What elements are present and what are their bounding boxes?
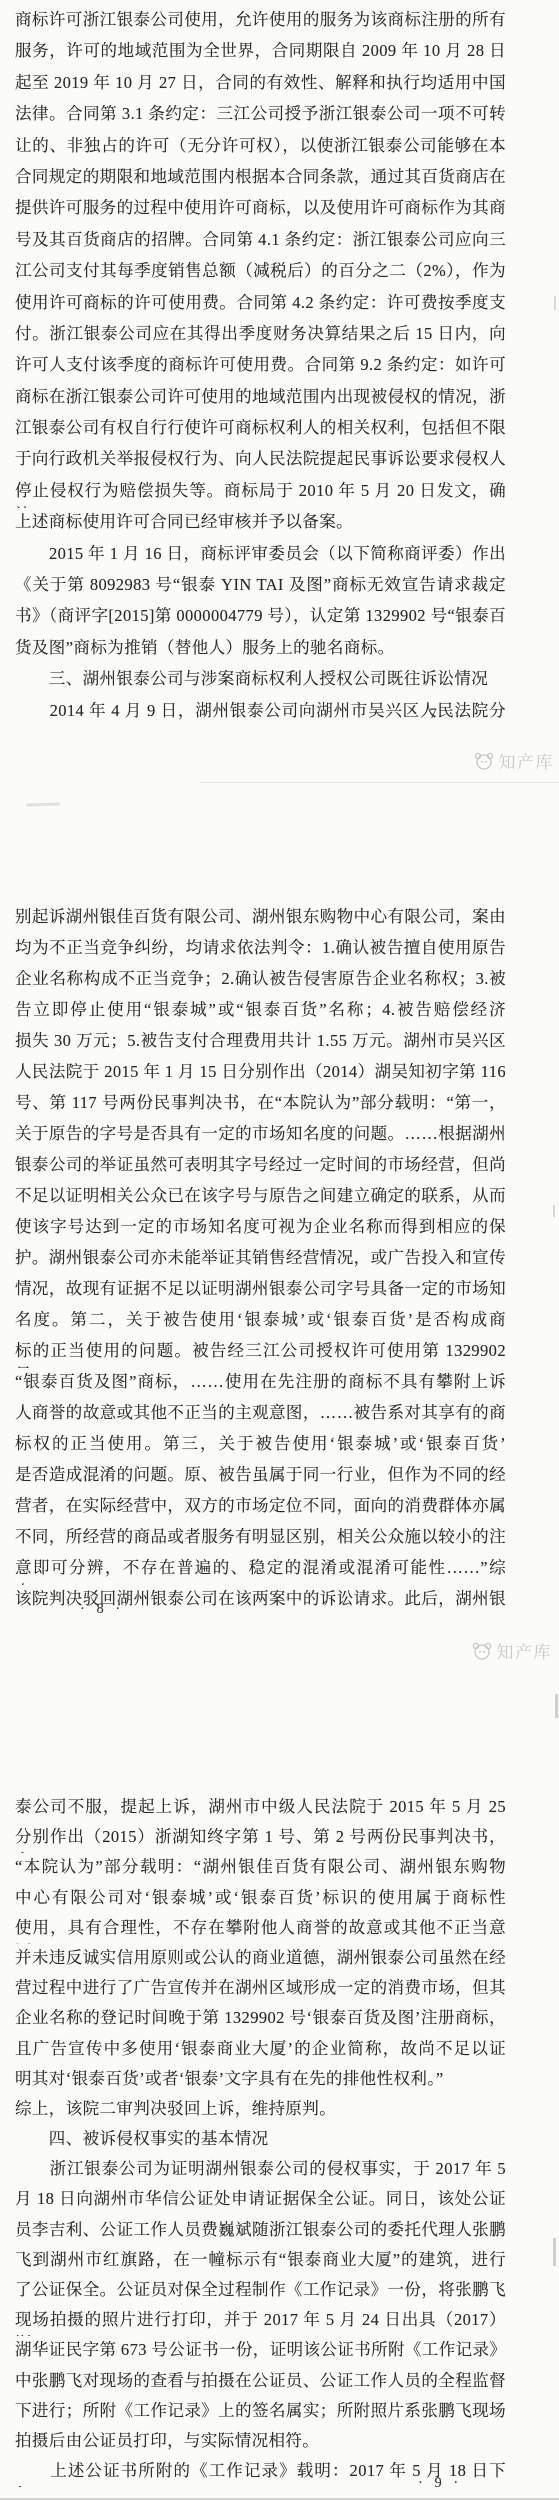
text-line: 江银泰公司有权自行行使许可商标权利人的相关权利，包括但不限 — [15, 414, 506, 445]
text-line: 综上，该院二审判决驳回上诉，维持原判。 — [15, 2095, 506, 2125]
text-line: 且广告宣传中多使用‘银泰商业大厦’的企业简称，故尚不足以证 — [15, 2035, 506, 2065]
text-line: 中张鹏飞对现场的查看与拍摄在公证员、公证工作人员的全程监督 — [15, 2367, 506, 2397]
text-line: 并未违反诚实信用原则或公认的商业道德，湖州银泰公司虽然在经 — [15, 1944, 506, 1974]
text-line: 使用，具有合理性，不存在攀附他人商誉的故意或其他不正当意图， — [15, 1914, 506, 1944]
text-line: 均为不正当竞争纠纷，均请求依法判令：1.确认被告擅自使用原告 — [15, 934, 506, 965]
text-line: 商标许可浙江银泰公司使用，允许使用的服务为该商标注册的所有 — [15, 6, 506, 37]
text-line: 商标在浙江银泰公司许可使用的地域范围内出现被侵权的情况，浙 — [15, 383, 506, 414]
watermark: 知产库 — [470, 1638, 553, 1663]
text-line: 湖华证民字第 673 号公证书一份，证明该公证书所附《工作记录》 — [15, 2336, 506, 2366]
text-line: 关于原告的字号是否具有一定的市场知名度的问题。……根据湖州 — [15, 1120, 506, 1151]
text-line: 人民法院于 2015 年 1 月 15 日分别作出（2014）湖吴知初字第 11… — [15, 1058, 506, 1089]
text-line: 不足以证明相关公众已在该字号与原告之间建立确定的联系，从而 — [15, 1182, 506, 1213]
scan-artifact — [555, 1694, 558, 1718]
text-line: 许可人支付该季度的商标许可使用费。合同第 9.2 条约定：如许可 — [15, 351, 506, 382]
text-line: 了公证保全。公证员对保全过程制作《工作记录》一份，将张鹏飞 — [15, 2276, 506, 2306]
watermark-text: 知产库 — [497, 1638, 553, 1663]
text-line: 2015 年 1 月 16 日，商标评审委员会（以下简称商评委）作出 — [15, 540, 506, 571]
text-line: 拍摄后由公证员打印，与实际情况相符。 — [15, 2427, 506, 2457]
document-page: 别起诉湖州银佳百货有限公司、湖州银东购物中心有限公司，案由均为不正当竞争纠纷，均… — [15, 903, 506, 1616]
text-line: 三、湖州银泰公司与涉案商标权利人授权公司既往诉讼情况 — [15, 665, 506, 696]
zhichanku-logo-icon — [470, 1641, 494, 1661]
text-line: 企业名称构成不正当竞争；2.确认被告侵害原告企业名称权；3.被 — [15, 965, 506, 996]
text-line: 营者，在实际经营中，双方的市场定位不同，面向的消费群体亦属 — [15, 1492, 506, 1523]
text-line: 书》（商评字[2015]第 0000004779 号），认定第 1329902 … — [15, 602, 506, 633]
text-line: 人商誉的故意或其他不正当的主观意图，……被告系对其享有的商 — [15, 1399, 506, 1430]
text-line: 《关于第 8092983 号“银泰 YIN TAI 及图”商标无效宣告请求裁定 — [15, 571, 506, 602]
text-line: 标权的正当使用。第三，关于被告使用‘银泰城’或‘银泰百货’ — [15, 1430, 506, 1461]
text-line: 员李吉利、公证工作人员费巍斌随浙江银泰公司的委托代理人张鹏 — [15, 2216, 506, 2246]
text-line: 四、被诉侵权事实的基本情况 — [15, 2125, 506, 2155]
text-line: 使用许可商标的许可使用费。合同第 4.2 条约定：许可费按季度支 — [15, 289, 506, 320]
zhichanku-logo-icon — [472, 751, 496, 771]
watermark-text: 知产库 — [499, 748, 555, 773]
text-line: 号、第 117 号两份民事判决书，在“本院认为”部分载明：“第一， — [15, 1089, 506, 1120]
text-line: 提供许可服务的过程中使用许可商标，以及使用许可商标作为其商 — [15, 194, 506, 225]
text-line: 现场拍摄的照片进行打印，并于 2017 年 5 月 24 日出具（2017）浙 — [15, 2306, 506, 2336]
text-line: 标的正当使用的问题。被告经三江公司授权许可使用第 1329902 号 — [15, 1337, 506, 1368]
text-line: 浙江银泰公司为证明湖州银泰公司的侵权事实，于 2017 年 5 — [15, 2155, 506, 2185]
text-line: 付。浙江银泰公司应在其得出季度财务决算结果之后 15 日内，向 — [15, 320, 506, 351]
text-line: 银泰公司的举证虽然可表明其字号经过一定时间的市场经营，但尚 — [15, 1151, 506, 1182]
text-line: “本院认为”部分载明：“湖州银佳百货有限公司、湖州银东购物 — [15, 1853, 506, 1883]
text-line: 告立即停止使用“银泰城”或“银泰百货”名称；4.被告赔偿经济 — [15, 996, 506, 1027]
text-line: 企业名称的登记时间晚于第 1329902 号‘银泰百货及图’注册商标， — [15, 2004, 506, 2034]
text-line: 情况，故现有证据不足以证明湖州银泰公司字号具备一定的市场知 — [15, 1275, 506, 1306]
text-line: 是否造成混淆的问题。原、被告虽属于同一行业，但作为不同的经 — [15, 1461, 506, 1492]
text-line: 分别作出（2015）浙湖知终字第 1 号、第 2 号两份民事判决书，在 — [15, 1823, 506, 1853]
watermark: 知产库 — [472, 748, 555, 773]
text-line: 下进行；所附《工作记录》上的签名属实；所附照片系张鹏飞现场 — [15, 2397, 506, 2427]
text-line: 号及其百货商店的招牌。合同第 4.1 条约定：浙江银泰公司应向三 — [15, 226, 506, 257]
text-line: 于向行政机关举报侵权行为、向人民法院提起民事诉讼要求侵权人 — [15, 445, 506, 476]
text-line: 损失 30 万元；5.被告支付合理费用共计 1.55 万元。湖州市吴兴区 — [15, 1027, 506, 1058]
scan-artifact — [200, 782, 559, 783]
text-line: 法律。合同第 3.1 条约定：三江公司授予浙江银泰公司一项不可转 — [15, 100, 506, 131]
scan-artifact — [553, 2238, 556, 2266]
text-line: 货及图”商标为推销（替他人）服务上的驰名商标。 — [15, 634, 506, 665]
page-number: · 9 · — [418, 2475, 462, 2492]
text-line: 服务，许可的地域范围为全世界，合同期限自 2009 年 10 月 28 日 — [15, 37, 506, 68]
scan-artifact — [554, 296, 556, 310]
text-line: 护。湖州银泰公司亦未能举证其销售经营情况，或广告投入和宣传 — [15, 1244, 506, 1275]
text-line: 中心有限公司对‘银泰城’或‘银泰百货’标识的使用属于商标性 — [15, 1884, 506, 1914]
document-page: 商标许可浙江银泰公司使用，允许使用的服务为该商标注册的所有服务，许可的地域范围为… — [15, 6, 506, 728]
text-line: 营过程中进行了广告宣传并在湖州区域形成一定的消费市场，但其 — [15, 1974, 506, 2004]
text-line: 起至 2019 年 10 月 27 日，合同的有效性、解释和执行均适用中国 — [15, 69, 506, 100]
text-line: 不同，所经营的商品或者服务有明显区别，相关公众施以较小的注 — [15, 1523, 506, 1554]
text-line: 泰公司不服，提起上诉，湖州市中级人民法院于 2015 年 5 月 25 日 — [15, 1793, 506, 1823]
page-number: · 7 · — [413, 706, 457, 723]
text-line: 停止侵权行为赔偿损失等。商标局于 2010 年 5 月 20 日发文，确认 — [15, 477, 506, 508]
scan-artifact — [26, 802, 60, 806]
text-line: 明其对‘银泰百货’或者‘银泰’文字具有在先的排他性权利。” — [15, 2065, 506, 2095]
text-line: 江公司支付其每季度销售总额（减税后）的百分之二（2%），作为 — [15, 257, 506, 288]
document-page: 泰公司不服，提起上诉，湖州市中级人民法院于 2015 年 5 月 25 日分别作… — [15, 1793, 506, 2487]
page-number: · 8 · — [80, 1601, 124, 1618]
text-line: 让的、非独占的许可（无分许可权），以使浙江银泰公司能够在本 — [15, 132, 506, 163]
text-line: 上述商标使用许可合同已经审核并予以备案。 — [15, 508, 506, 539]
text-line: “银泰百货及图”商标，……使用在先注册的商标不具有攀附上诉 — [15, 1368, 506, 1399]
text-line: 意即可分辨，不存在普遍的、稳定的混淆或混淆可能性……”综上， — [15, 1554, 506, 1585]
text-line: 合同规定的期限和地域范围内根据本合同条款，通过其百货商店在 — [15, 163, 506, 194]
text-line: 名度。第二，关于被告使用‘银泰城’或‘银泰百货’是否构成商 — [15, 1306, 506, 1337]
text-line: 别起诉湖州银佳百货有限公司、湖州银东购物中心有限公司，案由 — [15, 903, 506, 934]
text-line: 飞到湖州市红旗路，在一幢标示有“银泰商业大厦”的建筑，进行 — [15, 2246, 506, 2276]
scanned-document: 商标许可浙江银泰公司使用，允许使用的服务为该商标注册的所有服务，许可的地域范围为… — [0, 0, 559, 2500]
scan-artifact — [553, 1205, 555, 1217]
text-line: 使该字号达到一定的市场知名度可视为企业名称而得到相应的保 — [15, 1213, 506, 1244]
text-line: 月 18 日向湖州市华信公证处申请证据保全公证。同日，该处公证 — [15, 2185, 506, 2215]
